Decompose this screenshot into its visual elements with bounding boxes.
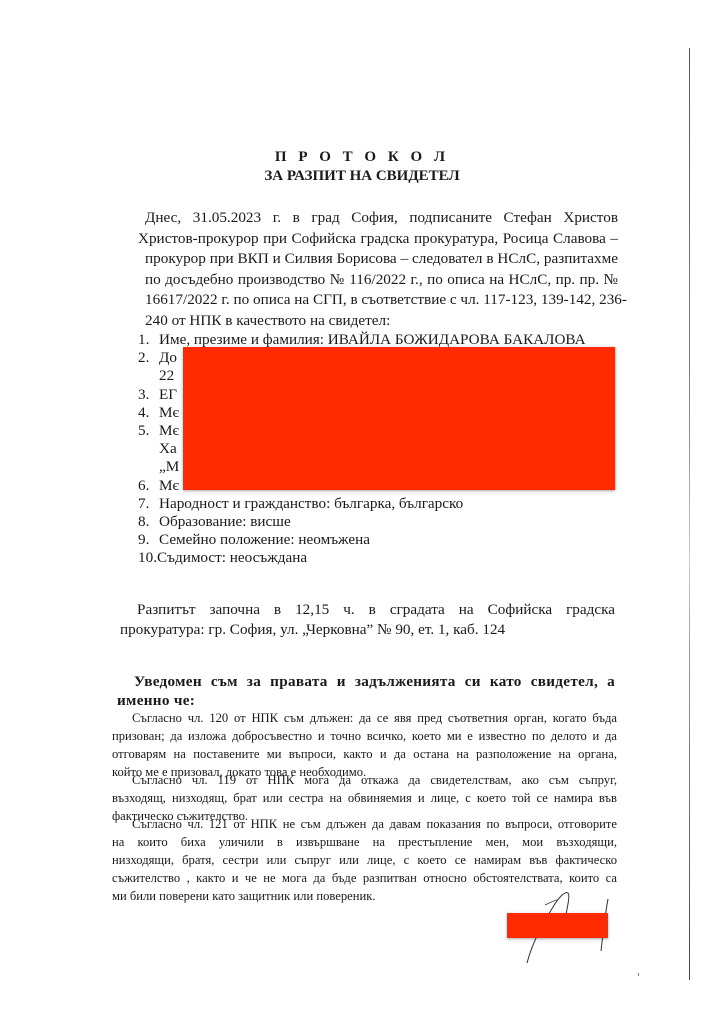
list-item: 7.Народност и гражданство: българка, бъл… <box>138 495 628 513</box>
intro-paragraph: Днес, 31.05.2023 г. в град София, подпис… <box>138 208 618 331</box>
intro-line: Днес, 31.05.2023 г. в град София, подпис… <box>138 208 618 229</box>
signature-redaction <box>507 913 608 938</box>
interrogation-start-paragraph: Разпитът започна в 12,15 ч. в сградата н… <box>120 600 615 640</box>
list-item: 8.Образование: висше <box>138 513 628 531</box>
start-line: Разпитът започна в 12,15 ч. в сградата н… <box>120 600 615 620</box>
rights-heading: Уведомен съм за правата и задълженията с… <box>117 672 615 710</box>
intro-line: Христов-прокурор при Софийска градска пр… <box>138 229 618 250</box>
list-item: 10.Съдимост: неосъждана <box>138 549 628 567</box>
start-line: прокуратура: гр. София, ул. „Черковна” №… <box>120 620 615 640</box>
list-item: 9.Семейно положение: неомъжена <box>138 531 628 549</box>
document-title: П Р О Т О К О Л <box>0 149 724 166</box>
intro-line: 16617/2022 г. по описа на СГП, в съответ… <box>138 290 618 311</box>
redaction-block <box>183 347 615 490</box>
intro-line: прокурор при ВКП и Силвия Борисова – сле… <box>138 249 618 270</box>
document-subtitle: ЗА РАЗПИТ НА СВИДЕТЕЛ <box>0 168 724 185</box>
page-edge-line <box>689 48 690 980</box>
scan-artifact <box>638 973 639 976</box>
intro-line: по досъдебно производство № 116/2022 г.,… <box>138 270 618 291</box>
intro-line: 240 от НПК в качеството на свидетел: <box>138 311 618 332</box>
